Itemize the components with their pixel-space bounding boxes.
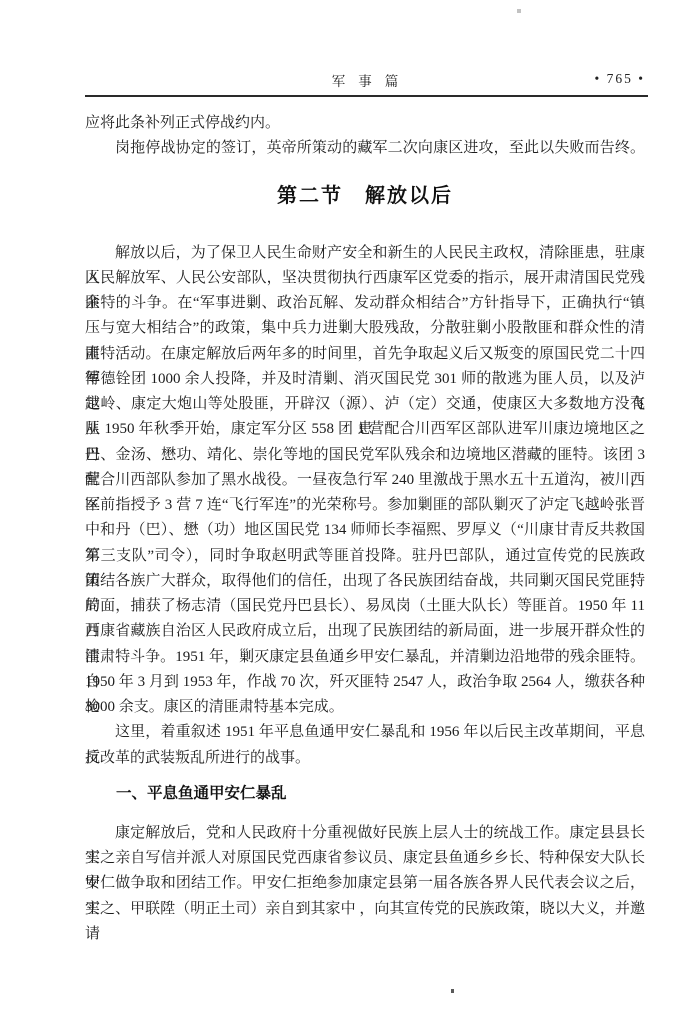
text-line: 匪特的斗争。在“军事进剿、政治瓦解、发动群众相结合”方针指导下，正确执行“镇 <box>85 291 645 316</box>
text-line: 西康省藏族自治区人民政府成立后，出现了民族团结的新局面，进一步展开群众性的清 <box>85 619 645 644</box>
text-line: 区前指授予 3 营 7 连“飞行军连”的光荣称号。参加剿匪的部队剿灭了泸定飞越岭… <box>85 493 645 518</box>
text-line: 这里，着重叙述 1951 年平息鱼通甲安仁暴乱和 1956 年以后民主改革期间，… <box>85 720 645 745</box>
text-line: 团结各族广大群众，取得他们的信任，出现了各民族团结奋战，共同剿灭国民党匪特的 <box>85 569 645 594</box>
page-header: 军事篇 • 765 • <box>85 70 645 90</box>
text-line: 巴、金汤、懋功、靖化、崇化等地的国民党军队残余和边境地区潜藏的匪特。该团 3 营… <box>85 443 645 468</box>
paragraph-united-front-work: 康定解放后，党和人民政府十分重视做好民族上层人士的统战工作。康定县县长王实之亲自… <box>85 821 645 922</box>
paragraph-gangtuo-armistice: 岗拖停战协定的签订，英帝所策动的藏军二次向康区进攻，至此以失败而告终。 <box>85 136 645 161</box>
text-line: 康定解放后，党和人民政府十分重视做好民族上层人士的统战工作。康定县县长王 <box>85 821 645 846</box>
text-line: 实之亲自写信并派人对原国民党西康省参议员、康定县鱼通乡乡长、特种保安大队长甲 <box>85 846 645 871</box>
running-head: 军事篇 <box>85 70 645 90</box>
paragraph-carryover: 应将此条补列正式停战约内。 <box>85 111 645 136</box>
text-line: 局面，捕获了杨志清（国民党丹巴县长）、易凤岗（土匪大队长）等匪首。1950 年 … <box>85 594 645 619</box>
text-line: 实之、甲联陞（明正土司）亲自到其家中 ，向其宣传党的民族政策，晓以大义，并邀请 <box>85 897 645 922</box>
header-rule <box>85 95 648 97</box>
text-line: 应将此条补列正式停战约内。 <box>85 111 645 136</box>
text-line: 匪肃特斗争。1951 年，剿灭康定县鱼通乡甲安仁暴乱，并清剿边沿地带的残余匪特。… <box>85 645 645 670</box>
text-line: 安仁做争取和团结工作。甲安仁拒绝参加康定县第一届各族各界人民代表会议之后，王 <box>85 871 645 896</box>
book-page: 军事篇 • 765 • 应将此条补列正式停战约内。 岗拖停战协定的签订，英帝所策… <box>0 0 700 1015</box>
scan-artifact-speck <box>451 989 454 993</box>
text-line: 岗拖停战协定的签订，英帝所策动的藏军二次向康区进攻，至此以失败而告终。 <box>85 136 645 161</box>
paragraph-narrative-scope: 这里，着重叙述 1951 年平息鱼通甲安仁暴乱和 1956 年以后民主改革期间，… <box>85 720 645 771</box>
text-line: 第三支队”司令），同时争取赵明武等匪首投降。驻丹巴部队，通过宣传党的民族政策， <box>85 544 645 569</box>
text-line: 傅德铨团 1000 余人投降，并及时清剿、消灭国民党 301 师的散逃为匪人员，… <box>85 367 645 392</box>
text-line: 越岭、康定大炮山等处股匪，开辟汉（源）、泸（定）交通，使康区大多数地方没有匪患。 <box>85 392 645 417</box>
text-line: 解放以后，为了保卫人民生命财产安全和新生的人民民主政权，清除匪患，驻康区 <box>85 241 645 266</box>
text-line: 人民解放军、人民公安部队，坚决贯彻执行西康军区党委的指示，展开肃清国民党残余 <box>85 266 645 291</box>
paragraph-bandit-suppression: 解放以后，为了保卫人民生命财产安全和新生的人民民主政权，清除匪患，驻康区人民解放… <box>85 241 645 721</box>
section-title: 第二节 解放以后 <box>85 182 645 210</box>
scan-artifact-speck <box>517 9 521 13</box>
text-line: 中和丹（巴）、懋（功）地区国民党 134 师师长李福熙、罗厚义（“川康甘青反共救… <box>85 518 645 543</box>
text-line: 1950 年 3 月到 1953 年，作战 70 次，歼灭匪特 2547 人，政… <box>85 670 645 695</box>
text-line: 3000 余支。康区的清匪肃特基本完成。 <box>85 695 645 720</box>
text-line: 从 1950 年秋季开始，康定军分区 558 团 1 营配合川西军区部队进军川康… <box>85 417 645 442</box>
subsection-title: 一、平息鱼通甲安仁暴乱 <box>85 781 645 806</box>
text-column: 应将此条补列正式停战约内。 岗拖停战协定的签订，英帝所策动的藏军二次向康区进攻，… <box>85 111 645 922</box>
text-line: 肃特活动。在康定解放后两年多的时间里，首先争取起义后又叛变的原国民党二十四军 <box>85 342 645 367</box>
page-number: • 765 • <box>595 71 645 87</box>
text-line: 抗改革的武装叛乱所进行的战事。 <box>85 746 645 771</box>
text-line: 压与宽大相结合”的政策，集中兵力进剿大股残敌，分散驻剿小股散匪和群众性的清匪 <box>85 316 645 341</box>
text-line: 配合川西部队参加了黑水战役。一昼夜急行军 240 里激战于黑水五十五道沟，被川西… <box>85 468 645 493</box>
